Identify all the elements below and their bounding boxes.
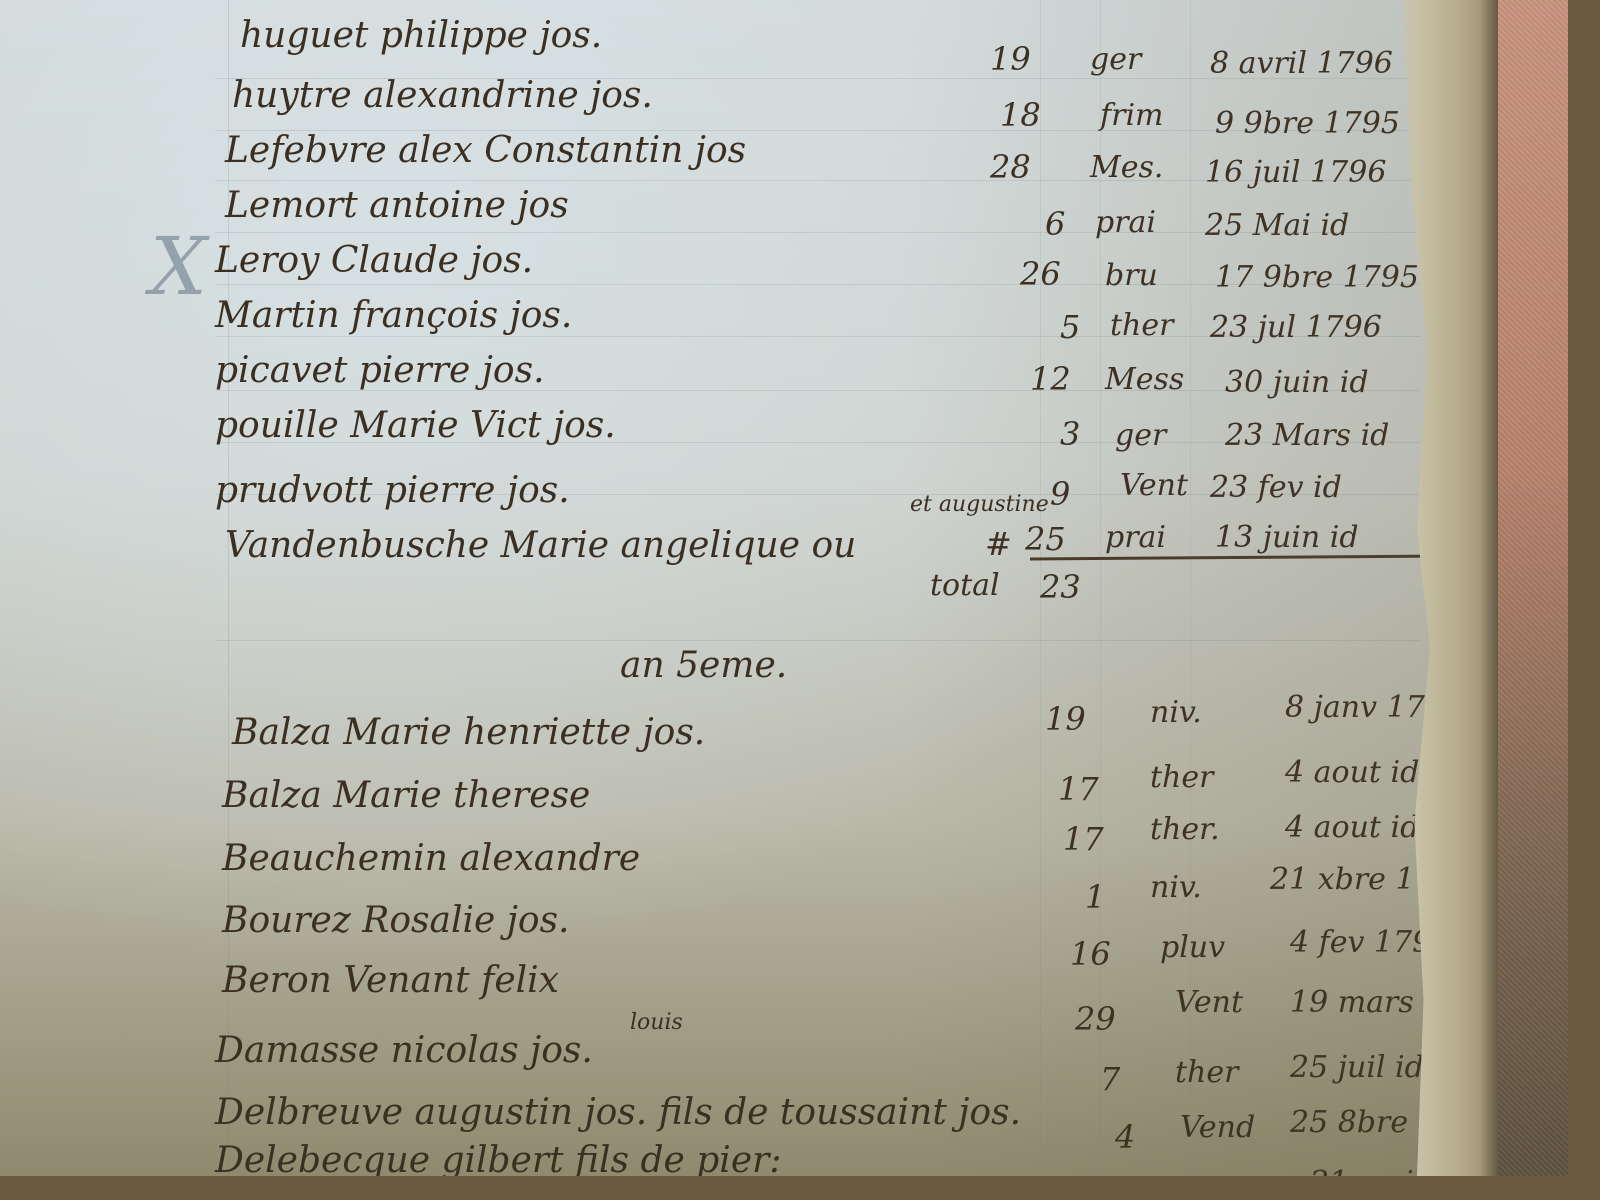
book-binding-cloth [1498,0,1568,1176]
entry-rep-month: ther. [1150,812,1220,847]
entry-rep-month: ther [1150,760,1213,795]
entry-greg-date: 30 juin id [1225,365,1369,400]
entry-name: Delbreuve augustin jos. fils de toussain… [215,1092,1021,1133]
entry-greg-date: 23 jul 1796 [1210,310,1382,345]
entry-day: 17 [1063,820,1104,858]
entry-greg-date: 4 aout id [1285,810,1419,845]
entry-name: huytre alexandrine jos. [232,75,653,116]
entry-day: 17 [1058,770,1099,808]
entry-name: Martin françois jos. [215,295,572,336]
entry-greg-date: 23 fev id [1210,470,1342,505]
entry-day: 25 [1025,520,1066,558]
entry-rep-month: frim [1100,98,1164,133]
entry-greg-date: 25 juil id [1290,1050,1424,1085]
entry-day: 4 [1115,1118,1135,1156]
entry-day: 19 [1045,700,1086,738]
entry-day: 16 [1070,935,1111,973]
entry-name: prudvott pierre jos. [215,470,570,511]
entry-greg-date: 17 9bre 1795 [1215,260,1419,295]
entry-rep-month: Mes. [1090,150,1163,185]
entry-name: Leroy Claude jos. [215,240,533,281]
spine-shadow [1480,0,1498,1176]
entry-interlinear-note: louis [630,1010,683,1035]
ruled-line [215,640,1420,641]
pencil-margin-mark: X [150,220,207,313]
total-rule-line [1030,555,1450,561]
entry-rep-month: ger [1090,42,1141,77]
total-value: 23 [1040,568,1081,606]
entry-name: Delebecque gilbert fils de pier: [215,1140,781,1176]
entry-day: 9 [1050,475,1070,513]
total-label: total [930,568,1000,603]
entry-rep-month: ger [1115,418,1166,453]
entry-name: picavet pierre jos. [215,350,545,391]
entry-name: Bourez Rosalie jos. [222,900,569,941]
register-page: X huguet philippe jos. 19 ger 8 avril 17… [0,0,1500,1176]
entry-name: Lefebvre alex Constantin jos [225,130,746,171]
entry-day: 3 [1060,415,1080,453]
entry-greg-date: 25 Mai id [1205,208,1349,243]
entry-name: Lemort antoine jos [225,185,569,226]
entry-day: 19 [990,40,1031,78]
entry-name: Beauchemin alexandre [222,838,640,879]
entry-rep-month: pluv [1160,930,1225,965]
entry-rep-month: niv. [1150,695,1202,730]
entry-rep-month: Vend [1180,1110,1255,1145]
entry-rep-month: prai [1095,205,1156,240]
entry-greg-date: 9 9bre 1795 [1215,106,1400,141]
entry-day: 18 [1000,96,1041,134]
entry-name: Beron Venant felix [222,960,559,1001]
section-heading-an-5: an 5eme. [620,645,787,686]
entry-day: 1 [1085,878,1105,916]
entry-rep-month: ther [1110,308,1173,343]
entry-day: 5 [1060,308,1080,346]
entry-interlinear-note: et augustine [910,492,1049,517]
entry-rep-month: Vent [1175,985,1243,1020]
entry-name: Damasse nicolas jos. [215,1030,593,1071]
entry-greg-date: 8 avril 1796 [1210,46,1393,81]
entry-mark: # [985,525,1012,563]
entry-greg-date: 23 Mars id [1225,418,1389,453]
entry-day: 7 [1100,1060,1120,1098]
entry-day: 6 [1045,205,1065,243]
entry-name: Balza Marie henriette jos. [232,712,705,753]
entry-day: 28 [990,148,1031,186]
entry-name: pouille Marie Vict jos. [215,405,616,446]
entry-greg-date: 16 juil 1796 [1205,155,1386,190]
entry-name: huguet philippe jos. [240,15,602,56]
entry-rep-month: bru [1105,258,1158,293]
entry-day: 29 [1075,1000,1116,1038]
entry-rep-month: prai [1105,520,1166,555]
entry-rep-month: ther [1175,1055,1238,1090]
entry-name: Vandenbusche Marie angelique ou [225,525,856,566]
entry-day: 12 [1030,360,1071,398]
entry-name: Balza Marie therese [222,775,590,816]
entry-rep-month: niv. [1150,870,1202,905]
entry-day: 26 [1020,255,1061,293]
entry-rep-month: Vent [1120,468,1188,503]
entry-greg-date: 13 juin id [1215,520,1359,555]
entry-rep-month: Mess [1105,362,1184,397]
entry-greg-date: 4 aout id. [1285,755,1429,790]
